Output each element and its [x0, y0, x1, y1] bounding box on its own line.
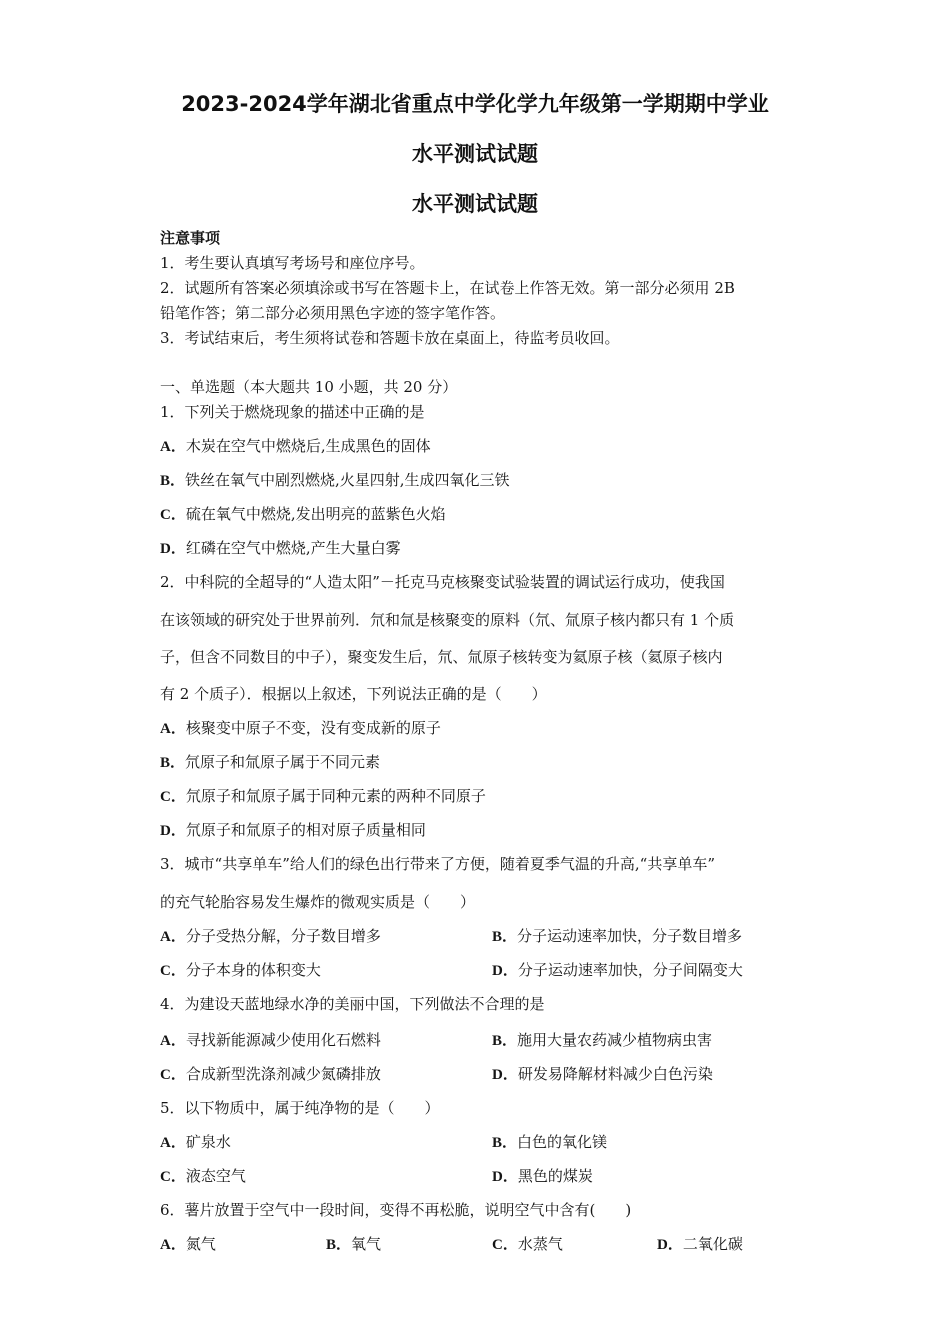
- question-1-option-a[interactable]: A．木炭在空气中燃烧后,生成黑色的固体: [160, 435, 431, 456]
- question-4-option-d[interactable]: D．研发易降解材料减少白色污染: [492, 1063, 713, 1084]
- option-label: A．: [160, 1135, 186, 1151]
- question-3-option-a[interactable]: A．分子受热分解，分子数目增多: [160, 925, 381, 946]
- question-5-stem: 5．以下物质中，属于纯净物的是（ ）: [160, 1097, 440, 1118]
- question-4-option-a[interactable]: A．寻找新能源减少使用化石燃料: [160, 1029, 381, 1050]
- question-1-stem: 1．下列关于燃烧现象的描述中正确的是: [160, 401, 425, 422]
- option-text: 红磷在空气中燃烧,产生大量白雾: [186, 539, 401, 557]
- title-line-3: 水平测试试题: [0, 188, 950, 218]
- option-text: 寻找新能源减少使用化石燃料: [186, 1031, 381, 1049]
- question-3-stem: 3．城市“共享单车”给人们的绿色出行带来了方便，随着夏季气温的升高,“共享单车”: [160, 853, 715, 874]
- option-label: D．: [492, 963, 518, 979]
- option-text: 氘原子和氚原子属于不同元素: [185, 753, 380, 771]
- option-text: 木炭在空气中燃烧后,生成黑色的固体: [186, 437, 431, 455]
- question-2-stem: 有 2 个质子）．根据以上叙述，下列说法正确的是（ ）: [160, 683, 547, 704]
- option-text: 氘原子和氚原子的相对原子质量相同: [186, 821, 426, 839]
- question-2-stem: 2．中科院的全超导的“人造太阳”－托克马克核聚变试验装置的调试运行成功，使我国: [160, 571, 725, 592]
- question-3-option-b[interactable]: B．分子运动速率加快，分子数目增多: [492, 925, 742, 946]
- question-6-option-a[interactable]: A．氮气: [160, 1233, 216, 1254]
- question-5-option-a[interactable]: A．矿泉水: [160, 1131, 231, 1152]
- option-text: 氘原子和氚原子属于同种元素的两种不同原子: [186, 787, 486, 805]
- option-label: B．: [492, 1135, 517, 1151]
- question-5-option-b[interactable]: B．白色的氧化镁: [492, 1131, 607, 1152]
- option-text: 黑色的煤炭: [518, 1167, 593, 1185]
- option-label: A．: [160, 1237, 186, 1253]
- question-4-option-c[interactable]: C．合成新型洗涤剂减少氮磷排放: [160, 1063, 381, 1084]
- option-label: B．: [492, 1033, 517, 1049]
- question-6-option-d[interactable]: D．二氧化碳: [657, 1233, 743, 1254]
- question-2-option-a[interactable]: A．核聚变中原子不变，没有变成新的原子: [160, 717, 441, 738]
- option-label: D．: [657, 1237, 683, 1253]
- question-5-option-c[interactable]: C．液态空气: [160, 1165, 246, 1186]
- title-line-2: 水平测试试题: [0, 138, 950, 168]
- option-label: C．: [492, 1237, 518, 1253]
- question-2-option-b[interactable]: B．氘原子和氚原子属于不同元素: [160, 751, 380, 772]
- option-text: 研发易降解材料减少白色污染: [518, 1065, 713, 1083]
- option-label: A．: [160, 439, 186, 455]
- question-6-option-b[interactable]: B．氧气: [326, 1233, 381, 1254]
- option-label: C．: [160, 963, 186, 979]
- option-text: 分子运动速率加快，分子数目增多: [517, 927, 742, 945]
- option-label: B．: [160, 473, 185, 489]
- question-5-option-d[interactable]: D．黑色的煤炭: [492, 1165, 593, 1186]
- option-text: 氮气: [186, 1235, 216, 1253]
- question-3-option-d[interactable]: D．分子运动速率加快，分子间隔变大: [492, 959, 743, 980]
- question-4-option-b[interactable]: B．施用大量农药减少植物病虫害: [492, 1029, 712, 1050]
- question-1-option-c[interactable]: C．硫在氧气中燃烧,发出明亮的蓝紫色火焰: [160, 503, 446, 524]
- question-6-stem: 6．薯片放置于空气中一段时间，变得不再松脆，说明空气中含有( ): [160, 1199, 631, 1220]
- option-label: C．: [160, 1169, 186, 1185]
- option-text: 白色的氧化镁: [517, 1133, 607, 1151]
- option-label: D．: [492, 1067, 518, 1083]
- question-1-option-b[interactable]: B．铁丝在氧气中剧烈燃烧,火星四射,生成四氧化三铁: [160, 469, 510, 490]
- option-text: 分子受热分解，分子数目增多: [186, 927, 381, 945]
- notice-item: 铅笔作答；第二部分必须用黑色字迹的签字笔作答。: [160, 302, 505, 323]
- question-4-stem: 4．为建设天蓝地绿水净的美丽中国，下列做法不合理的是: [160, 993, 545, 1014]
- question-1-option-d[interactable]: D．红磷在空气中燃烧,产生大量白雾: [160, 537, 401, 558]
- question-3-stem: 的充气轮胎容易发生爆炸的微观实质是（ ）: [160, 891, 475, 912]
- option-text: 硫在氧气中燃烧,发出明亮的蓝紫色火焰: [186, 505, 446, 523]
- option-label: B．: [160, 755, 185, 771]
- option-text: 矿泉水: [186, 1133, 231, 1151]
- notice-item: 2．试题所有答案必须填涂或书写在答题卡上，在试卷上作答无效。第一部分必须用 2B: [160, 277, 735, 298]
- question-2-stem: 在该领域的研究处于世界前列．氘和氚是核聚变的原料（氘、氚原子核内都只有 1 个质: [160, 609, 734, 630]
- option-text: 铁丝在氧气中剧烈燃烧,火星四射,生成四氧化三铁: [185, 471, 510, 489]
- option-label: C．: [160, 1067, 186, 1083]
- option-text: 水蒸气: [518, 1235, 563, 1253]
- option-text: 施用大量农药减少植物病虫害: [517, 1031, 712, 1049]
- section-heading: 一、单选题（本大题共 10 小题，共 20 分）: [160, 376, 457, 397]
- option-text: 液态空气: [186, 1167, 246, 1185]
- question-6-option-c[interactable]: C．水蒸气: [492, 1233, 563, 1254]
- notice-item: 3．考试结束后，考生须将试卷和答题卡放在桌面上，待监考员收回。: [160, 327, 620, 348]
- option-label: D．: [160, 541, 186, 557]
- option-text: 分子本身的体积变大: [186, 961, 321, 979]
- option-text: 核聚变中原子不变，没有变成新的原子: [186, 719, 441, 737]
- option-label: D．: [492, 1169, 518, 1185]
- option-label: A．: [160, 929, 186, 945]
- option-label: B．: [492, 929, 517, 945]
- option-text: 氧气: [351, 1235, 381, 1253]
- question-2-stem: 子，但含不同数目的中子），聚变发生后，氘、氚原子核转变为氦原子核（氦原子核内: [160, 646, 723, 667]
- option-text: 分子运动速率加快，分子间隔变大: [518, 961, 743, 979]
- option-label: C．: [160, 789, 186, 805]
- question-2-option-c[interactable]: C．氘原子和氚原子属于同种元素的两种不同原子: [160, 785, 486, 806]
- option-text: 合成新型洗涤剂减少氮磷排放: [186, 1065, 381, 1083]
- notice-item: 1．考生要认真填写考场号和座位序号。: [160, 252, 425, 273]
- option-label: D．: [160, 823, 186, 839]
- question-2-option-d[interactable]: D．氘原子和氚原子的相对原子质量相同: [160, 819, 426, 840]
- option-label: A．: [160, 1033, 186, 1049]
- exam-page: 2023-2024学年湖北省重点中学化学九年级第一学期期中学业 水平测试试题 水…: [0, 0, 950, 1344]
- option-label: C．: [160, 507, 186, 523]
- option-label: A．: [160, 721, 186, 737]
- option-label: B．: [326, 1237, 351, 1253]
- question-3-option-c[interactable]: C．分子本身的体积变大: [160, 959, 321, 980]
- option-text: 二氧化碳: [683, 1235, 743, 1253]
- title-line-1: 2023-2024学年湖北省重点中学化学九年级第一学期期中学业: [0, 88, 950, 118]
- notice-heading: 注意事项: [160, 227, 220, 248]
